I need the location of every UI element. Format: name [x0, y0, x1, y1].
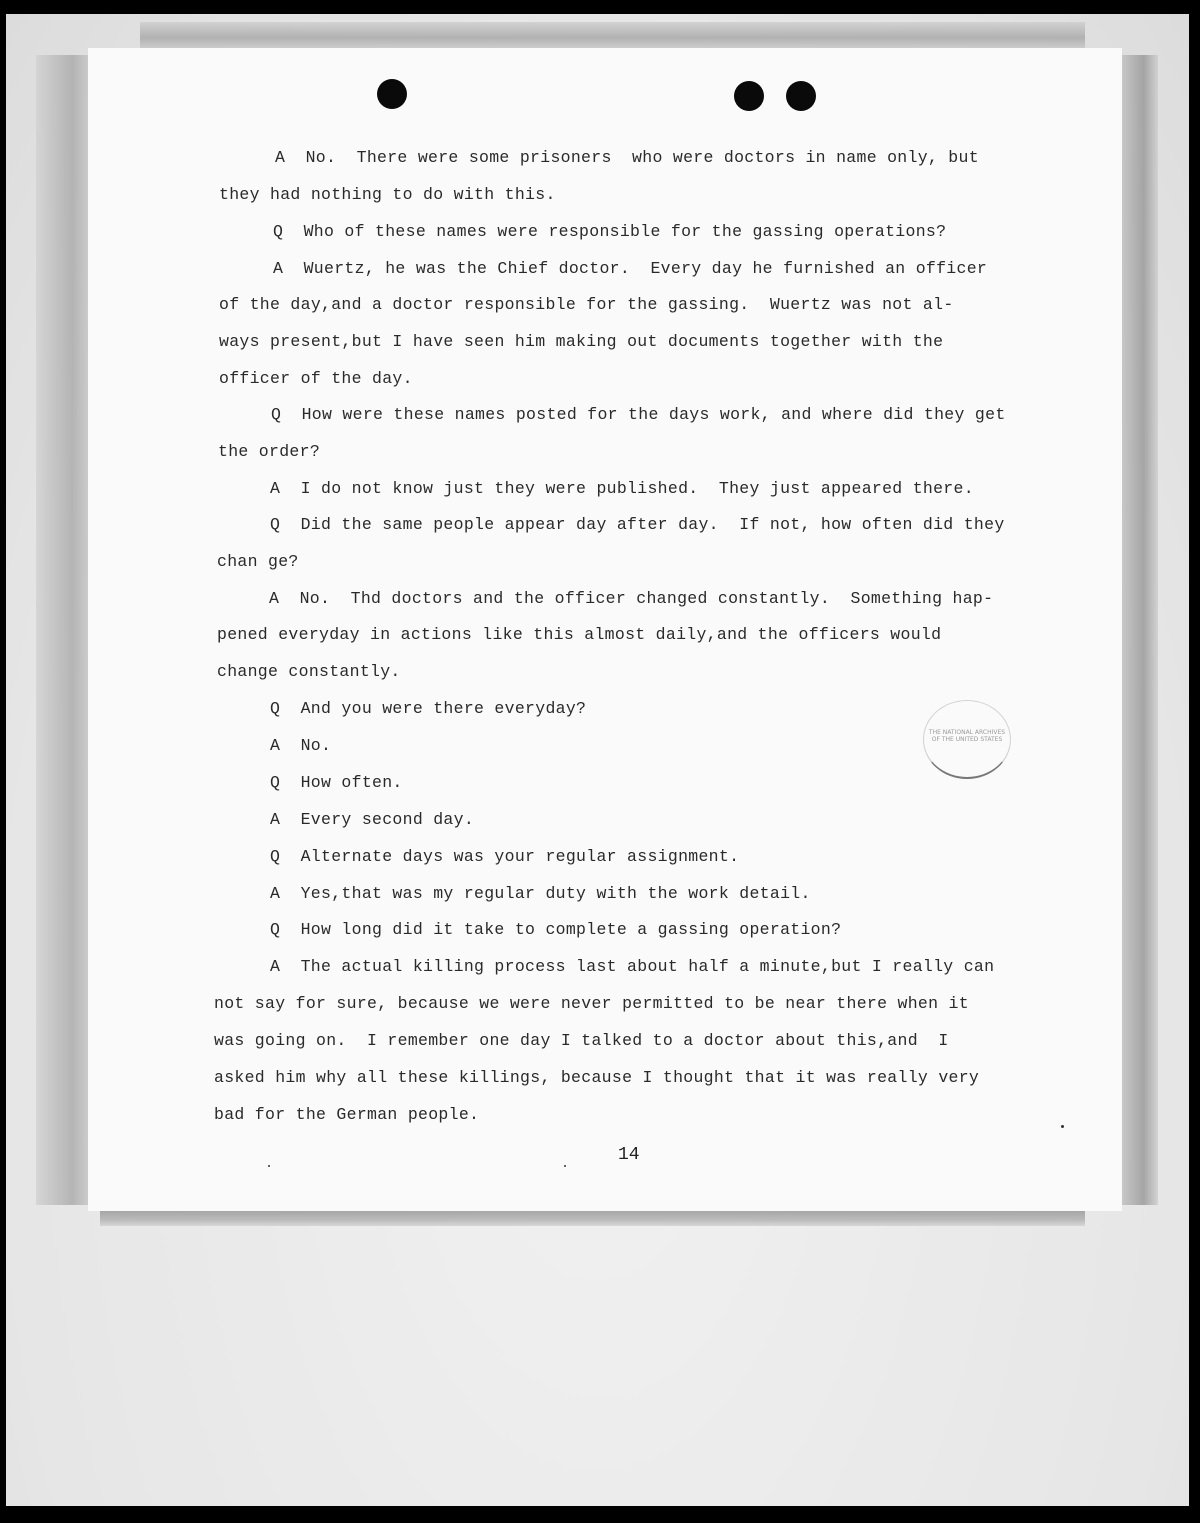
transcript-line: Q How long did it take to complete a gas… [270, 920, 841, 939]
document-page: A No. There were some prisoners who were… [88, 48, 1122, 1211]
ink-speck [268, 1165, 270, 1167]
transcript-line: Q Who of these names were responsible fo… [273, 222, 946, 241]
page-number: 14 [618, 1145, 640, 1165]
transcript-line: was going on. I remember one day I talke… [214, 1031, 949, 1050]
ink-speck [1061, 1125, 1064, 1128]
transcript-line: A No. Thd doctors and the officer change… [269, 589, 993, 608]
transcript-body: A No. There were some prisoners who were… [88, 48, 1122, 1211]
transcript-line: Q Did the same people appear day after d… [270, 515, 1005, 534]
archives-seal-stamp: THE NATIONAL ARCHIVES OF THE UNITED STAT… [923, 700, 1011, 779]
frame-shadow-top [140, 22, 1085, 48]
transcript-line: the order? [218, 442, 320, 461]
transcript-line: A The actual killing process last about … [270, 957, 994, 976]
transcript-line: they had nothing to do with this. [219, 185, 556, 204]
ink-speck [564, 1165, 566, 1167]
transcript-line: of the day,and a doctor responsible for … [219, 295, 954, 314]
transcript-line: pened everyday in actions like this almo… [217, 625, 941, 644]
transcript-line: A Yes,that was my regular duty with the … [270, 884, 811, 903]
stamp-text: THE NATIONAL ARCHIVES OF THE UNITED STAT… [924, 729, 1010, 743]
transcript-line: change constantly. [217, 662, 401, 681]
transcript-line: A Every second day. [270, 810, 474, 829]
transcript-line: officer of the day. [219, 369, 413, 388]
transcript-line: A No. There were some prisoners who were… [275, 148, 979, 167]
frame-shadow-left [36, 55, 88, 1205]
transcript-line: Q Alternate days was your regular assign… [270, 847, 739, 866]
frame-shadow-right [1122, 55, 1158, 1205]
transcript-line: asked him why all these killings, becaus… [214, 1068, 979, 1087]
transcript-line: A I do not know just they were published… [270, 479, 974, 498]
transcript-line: ways present,but I have seen him making … [219, 332, 943, 351]
transcript-line: Q How were these names posted for the da… [271, 405, 1006, 424]
transcript-line: not say for sure, because we were never … [214, 994, 969, 1013]
transcript-line: A Wuertz, he was the Chief doctor. Every… [273, 259, 987, 278]
transcript-line: A No. [270, 736, 331, 755]
transcript-line: Q And you were there everyday? [270, 699, 586, 718]
frame-shadow-bottom [100, 1210, 1085, 1226]
transcript-line: chan ge? [217, 552, 299, 571]
transcript-line: bad for the German people. [214, 1105, 479, 1124]
transcript-line: Q How often. [270, 773, 403, 792]
